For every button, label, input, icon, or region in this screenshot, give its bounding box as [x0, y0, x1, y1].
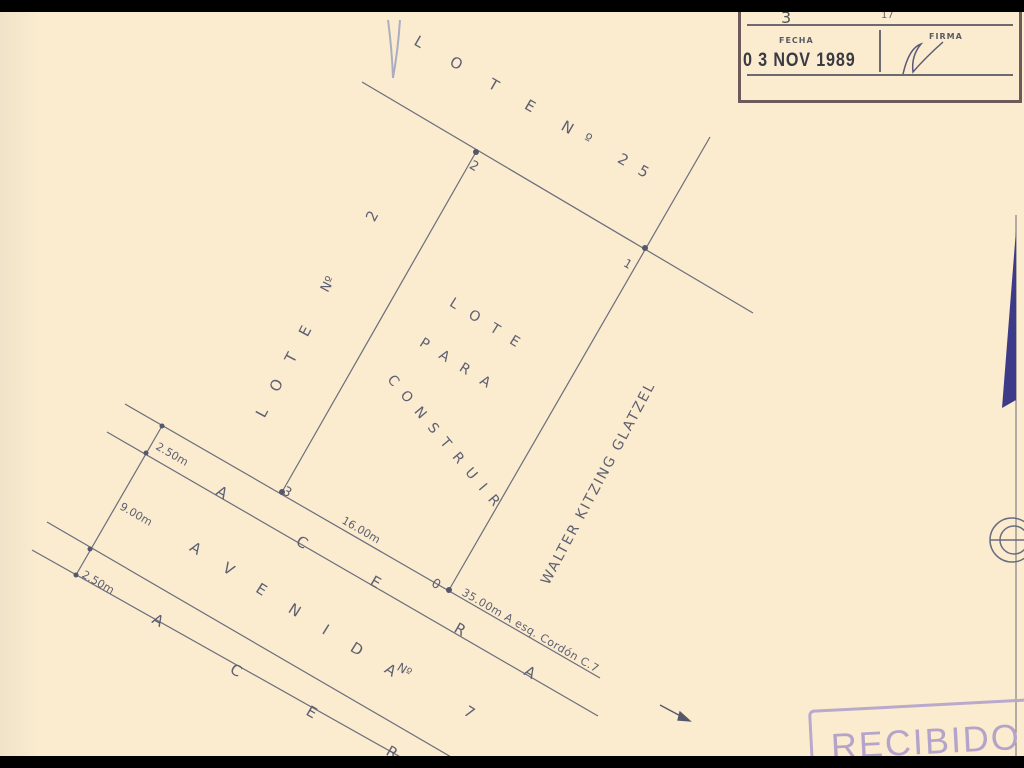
stamp-top-mark-small: 17: [881, 12, 894, 21]
pencil-mark: [388, 20, 400, 78]
point-1-marker: [642, 245, 648, 251]
recibido-text: RECIBIDO: [830, 716, 1022, 756]
scanned-plan-sheet: L O T E Nº 25 L O T E Nº 2 L O T E P A R…: [0, 12, 1024, 756]
point-0-marker: [446, 587, 452, 593]
compass-circle-icon: [990, 518, 1024, 562]
reception-date-stamp: 3 17 FECHA 0 3 NOV 1989 FIRMA: [738, 12, 1022, 103]
point-2-marker: [473, 149, 479, 155]
north-arrow-icon: [1002, 230, 1016, 408]
stamp-date: 0 3 NOV 1989: [743, 50, 856, 72]
signature-icon: [891, 38, 971, 78]
stamp-fecha-label: FECHA: [779, 36, 814, 45]
curb-line-bottom: [47, 522, 470, 756]
plan-drawing: [0, 12, 1024, 756]
dimension-line-width: [76, 426, 162, 575]
arrow-icon: [660, 705, 690, 721]
